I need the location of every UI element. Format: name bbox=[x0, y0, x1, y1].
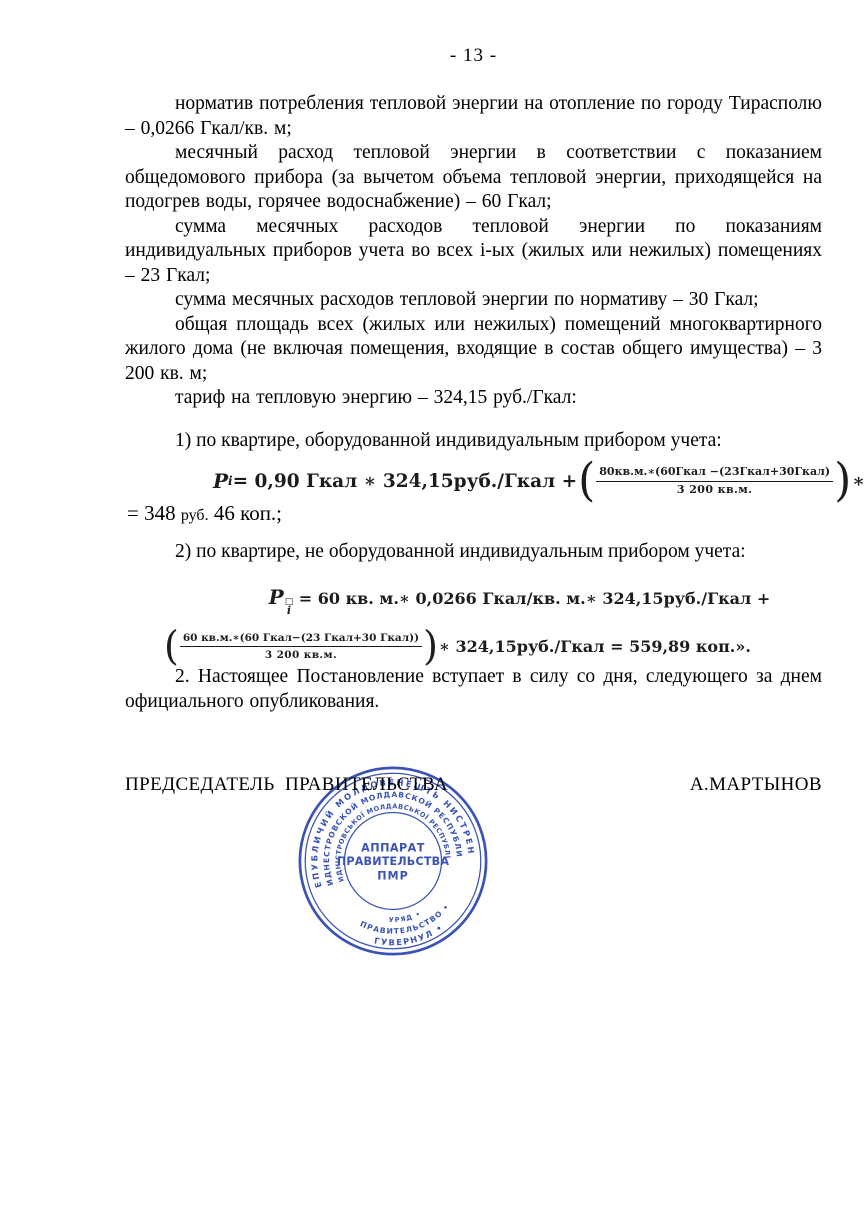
formula-1-fraction: 80кв.м.∗(60Гкал −(23Гкал+30Гкал) 3 200 к… bbox=[596, 465, 833, 498]
stamp-center-text: АППАРАТ ПРАВИТЕЛЬСТВА ПМР bbox=[337, 841, 449, 882]
formula-1-numerator: 80кв.м.∗(60Гкал −(23Гкал+30Гкал) bbox=[596, 465, 833, 482]
paragraph-total-area: общая площадь всех (жилых или нежилых) п… bbox=[125, 313, 822, 387]
paragraph-norm: норматив потребления тепловой энергии на… bbox=[125, 92, 822, 141]
formula-2: P□i = 60 кв. м.∗ 0,0266 Гкал/кв. м.∗ 324… bbox=[125, 585, 822, 666]
formula-1-result-start: = 348 bbox=[127, 501, 181, 525]
formula-1-result-end: 46 коп.; bbox=[209, 501, 282, 525]
formula-2-subscript: i bbox=[285, 606, 294, 616]
formula-2-variable: P bbox=[269, 585, 284, 609]
signature-name: А.МАРТЫНОВ bbox=[690, 774, 822, 796]
formula-1-variable: P bbox=[213, 469, 228, 493]
formula-1-main-line: Pi = 0,90 Гкал ∗ 324,15руб./Гкал + ( 80к… bbox=[213, 459, 822, 503]
formula-2-fraction: 60 кв.м.∗(60 Гкал−(23 Гкал+30 Гкал)) 3 2… bbox=[180, 631, 422, 662]
formula-1-mid: = 0,90 Гкал ∗ 324,15руб./Гкал + bbox=[233, 471, 578, 492]
formula-2-subsup: □i bbox=[285, 598, 294, 616]
paragraph-individual-meters: сумма месячных расходов тепловой энергии… bbox=[125, 215, 822, 289]
item1-heading: 1) по квартире, оборудованной индивидуал… bbox=[125, 429, 822, 454]
formula-1-tail: ∗ 324,15руб./Гкал bbox=[852, 471, 868, 492]
item2-heading: 2) по квартире, не оборудованной индивид… bbox=[125, 540, 822, 565]
formula-2-tail: ∗ 324,15руб./Гкал = 559,89 коп.». bbox=[439, 637, 751, 656]
formula-2-numerator: 60 кв.м.∗(60 Гкал−(23 Гкал+30 Гкал)) bbox=[180, 631, 422, 647]
formula-2-line1-body: = 60 кв. м.∗ 0,0266 Гкал/кв. м.∗ 324,15р… bbox=[293, 589, 770, 608]
close-paren: ) bbox=[423, 627, 438, 667]
open-paren: ( bbox=[164, 627, 179, 667]
formula-1-result-line: = 348 руб. 46 коп.; bbox=[127, 501, 822, 526]
close-paren: ) bbox=[834, 458, 851, 504]
paragraph-tariff: тариф на тепловую энергию – 324,15 руб./… bbox=[125, 386, 822, 411]
formula-2-line1: P□i = 60 кв. м.∗ 0,0266 Гкал/кв. м.∗ 324… bbox=[171, 585, 868, 616]
stamp-center-line2: ПРАВИТЕЛЬСТВА bbox=[337, 855, 449, 868]
formula-1: Pi = 0,90 Гкал ∗ 324,15руб./Гкал + ( 80к… bbox=[125, 459, 822, 526]
formula-2-line2: ( 60 кв.м.∗(60 Гкал−(23 Гкал+30 Гкал)) 3… bbox=[163, 627, 822, 665]
paragraph-monthly-consumption: месячный расход тепловой энергии в соотв… bbox=[125, 141, 822, 215]
formula-2-denominator: 3 200 кв.м. bbox=[180, 647, 422, 662]
stamp-center-line1: АППАРАТ bbox=[361, 841, 425, 854]
page-number: - 13 - bbox=[125, 45, 822, 67]
document-content: - 13 - норматив потребления тепловой эне… bbox=[0, 0, 868, 796]
open-paren: ( bbox=[578, 458, 595, 504]
formula-1-denominator: 3 200 кв.м. bbox=[596, 482, 833, 498]
paragraph-norm-sum: сумма месячных расходов тепловой энергии… bbox=[125, 288, 822, 313]
formula-1-result-small: руб. bbox=[181, 507, 209, 524]
closing-paragraph: 2. Настоящее Постановление вступает в си… bbox=[125, 665, 822, 714]
stamp-center-line3: ПМР bbox=[377, 869, 409, 882]
document-page: - 13 - норматив потребления тепловой эне… bbox=[0, 0, 868, 1228]
government-seal-stamp: РЕПУБЛИЧИЙ МОЛДОВЕНЕШТЬ НИСТРЕНЕ ГУВЕРНУ… bbox=[296, 764, 490, 958]
